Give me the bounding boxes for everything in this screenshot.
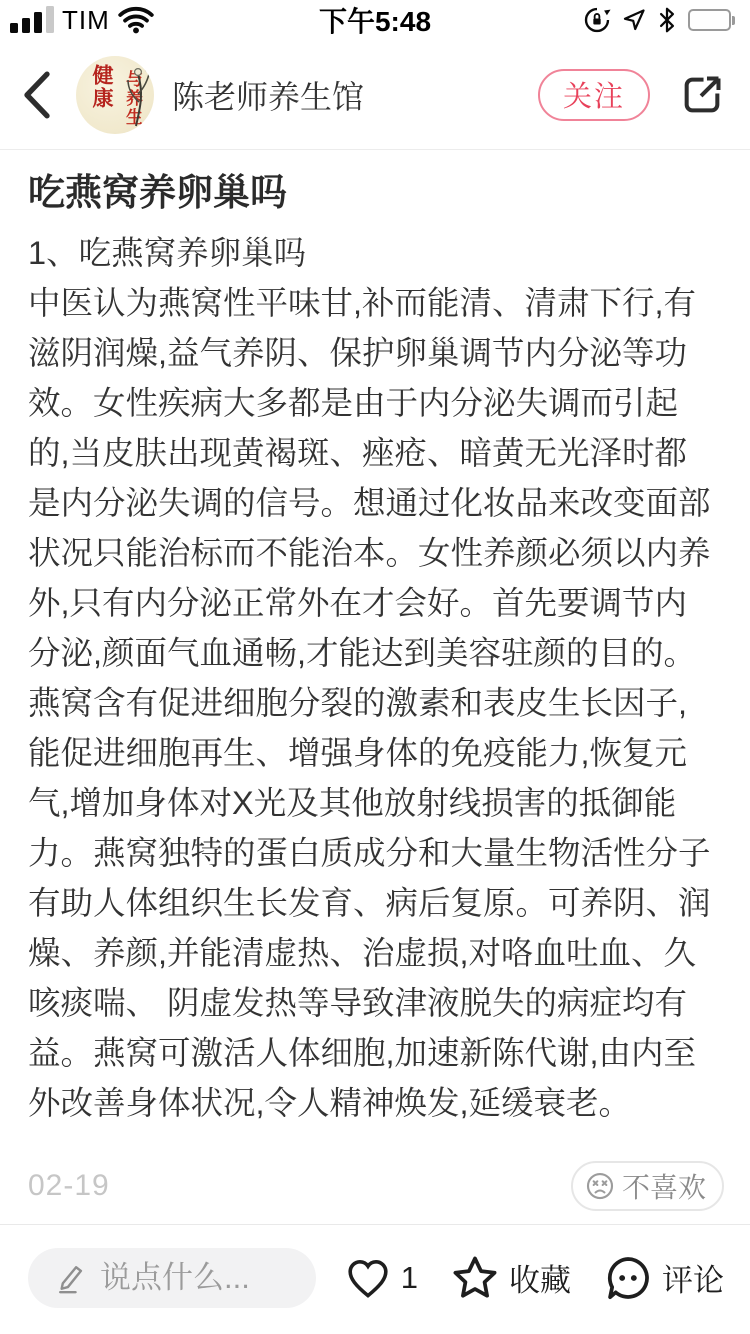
article-title: 吃燕窝养卵巢吗 [28,170,722,216]
status-left: TIM [10,6,154,34]
article-body: 吃燕窝养卵巢吗 1、吃燕窝养卵巢吗中医认为燕窝性平味甘,补而能清、清肃下行,有滋… [0,150,750,1128]
dislike-face-icon [585,1171,615,1201]
favorite-button[interactable]: 收藏 [450,1253,571,1303]
account-name[interactable]: 陈老师养生馆 [172,72,364,118]
article-text: 1、吃燕窝养卵巢吗中医认为燕窝性平味甘,补而能清、清肃下行,有滋阴润燥,益气养阴… [28,228,722,1128]
wifi-icon [118,6,154,34]
plant-illustration-icon [118,60,152,130]
article-text-line: 有助人体组织生长发育、病后复原。可养阴、润 [28,878,722,928]
article-text-line: 能促进细胞再生、增强身体的免疫能力,恢复元 [28,728,722,778]
app-screen: TIM 下午5:48 [0,0,750,1334]
back-button[interactable] [22,65,68,125]
share-button[interactable] [678,71,726,119]
article-text-line: 中医认为燕窝性平味甘,补而能清、清肃下行,有 [28,278,722,328]
status-bar: TIM 下午5:48 [0,0,750,40]
action-buttons: 1 收藏 评论 [344,1253,724,1303]
article-text-line: 的,当皮肤出现黄褐斑、痤疮、暗黄无光泽时都 [28,428,722,478]
article-text-line: 外改善身体状况,令人精神焕发,延缓衰老。 [28,1078,722,1128]
article-text-line: 效。女性疾病大多都是由于内分泌失调而引起 [28,378,722,428]
favorite-label: 收藏 [509,1255,571,1300]
dislike-button[interactable]: 不喜欢 [571,1161,724,1211]
article-text-line: 力。燕窝独特的蛋白质成分和大量生物活性分子 [28,828,722,878]
article-text-line: 滋阴润燥,益气养阴、保护卵巢调节内分泌等功 [28,328,722,378]
signal-strength-icon [10,7,54,34]
article-text-line: 外,只有内分泌正常外在才会好。首先要调节内 [28,578,722,628]
article-text-line: 燥、养颜,并能清虚热、治虚损,对咯血吐血、久 [28,928,722,978]
account-avatar[interactable]: 健康 与养生 [76,56,154,134]
article-text-line: 是内分泌失调的信号。想通过化妆品来改变面部 [28,478,722,528]
share-icon [679,72,725,118]
status-right [583,6,740,34]
bottom-bar: 1 收藏 评论 [0,1224,750,1334]
star-icon [450,1253,500,1303]
comment-label: 评论 [662,1255,724,1300]
follow-button[interactable]: 关注 [538,69,650,121]
article-text-line: 咳痰喘、 阴虚发热等导致津液脱失的病症均有 [28,978,722,1028]
chat-bubble-icon [603,1253,653,1303]
like-button[interactable]: 1 [344,1254,418,1302]
comment-input[interactable] [100,1260,280,1296]
like-count: 1 [401,1260,418,1296]
chevron-left-icon [22,70,52,120]
post-date: 02-19 [28,1169,110,1203]
heart-icon [344,1254,392,1302]
article-meta-row: 02-19 不喜欢 [0,1158,750,1224]
dislike-label: 不喜欢 [622,1166,706,1206]
comment-input-box[interactable] [28,1248,316,1308]
battery-icon [688,8,736,32]
rotation-lock-icon [583,6,611,34]
article-header: 健康 与养生 陈老师养生馆 关注 [0,40,750,150]
article-text-line: 气,增加身体对X光及其他放射线损害的抵御能 [28,778,722,828]
carrier-label: TIM [62,7,110,34]
article-text-line: 益。燕窝可激活人体细胞,加速新陈代谢,由内至 [28,1028,722,1078]
article-text-line: 燕窝含有促进细胞分裂的激素和表皮生长因子, [28,678,722,728]
article-text-line: 1、吃燕窝养卵巢吗 [28,228,722,278]
article-text-line: 状况只能治标而不能治本。女性养颜必须以内养 [28,528,722,578]
bluetooth-icon [657,7,677,33]
pencil-icon [54,1261,88,1295]
avatar-text-1: 健康 [86,64,116,127]
comment-button[interactable]: 评论 [603,1253,724,1303]
location-arrow-icon [622,8,646,32]
article-text-line: 分泌,颜面气血通畅,才能达到美容驻颜的目的。 [28,628,722,678]
